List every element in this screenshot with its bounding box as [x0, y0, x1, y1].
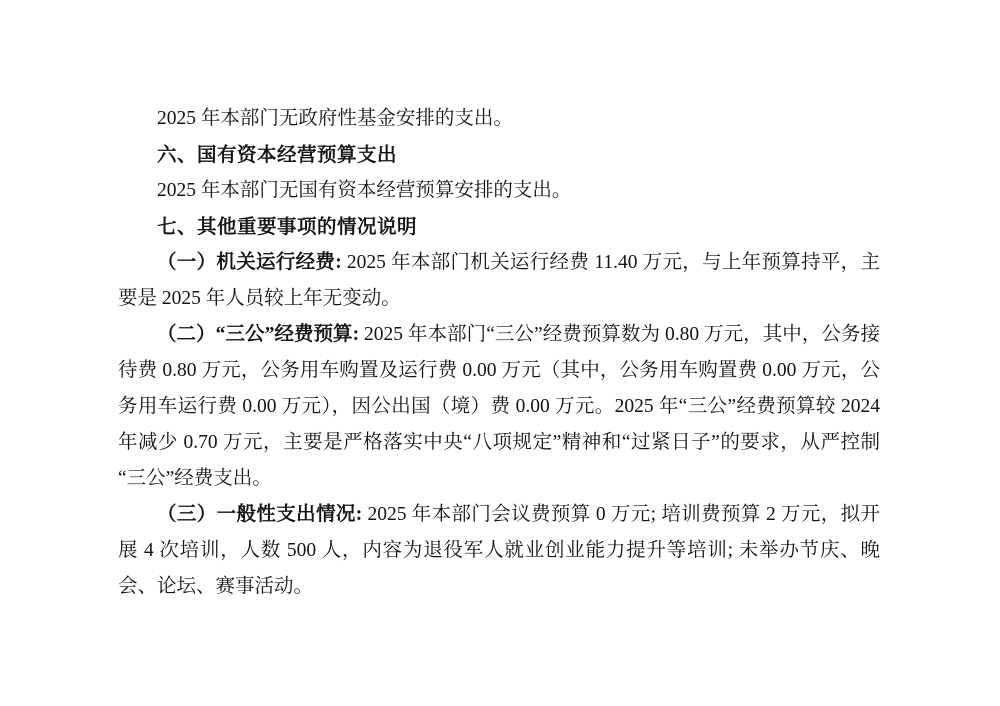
paragraph: （一）机关运行经费: 2025 年本部门机关运行经费 11.40 万元，与上年预… [118, 245, 880, 317]
paragraph: 2025 年本部门无政府性基金安排的支出。 [118, 101, 880, 137]
paragraph: 2025 年本部门无国有资本经营预算安排的支出。 [118, 173, 880, 209]
section-heading: 六、国有资本经营预算支出 [118, 137, 880, 173]
paragraph: （二）“三公”经费预算: 2025 年本部门“三公”经费预算数为 0.80 万元… [118, 317, 880, 497]
document-page: 2025 年本部门无政府性基金安排的支出。 六、国有资本经营预算支出 2025 … [0, 0, 1000, 706]
section-heading: 七、其他重要事项的情况说明 [118, 209, 880, 245]
paragraph-text: 2025 年本部门无国有资本经营预算安排的支出。 [157, 180, 571, 201]
paragraph: （三）一般性支出情况: 2025 年本部门会议费预算 0 万元; 培训费预算 2… [118, 497, 880, 605]
paragraph-text: 2025 年本部门“三公”经费预算数为 0.80 万元，其中，公务接待费 0.8… [118, 324, 880, 489]
paragraph-lead: （二）“三公”经费预算: [157, 324, 359, 345]
paragraph-lead: （一）机关运行经费: [157, 252, 342, 273]
paragraph-lead: （三）一般性支出情况: [157, 504, 362, 525]
section-heading-text: 七、其他重要事项的情况说明 [157, 216, 417, 238]
paragraph-text: 2025 年本部门无政府性基金安排的支出。 [157, 108, 513, 129]
section-heading-text: 六、国有资本经营预算支出 [157, 144, 397, 166]
